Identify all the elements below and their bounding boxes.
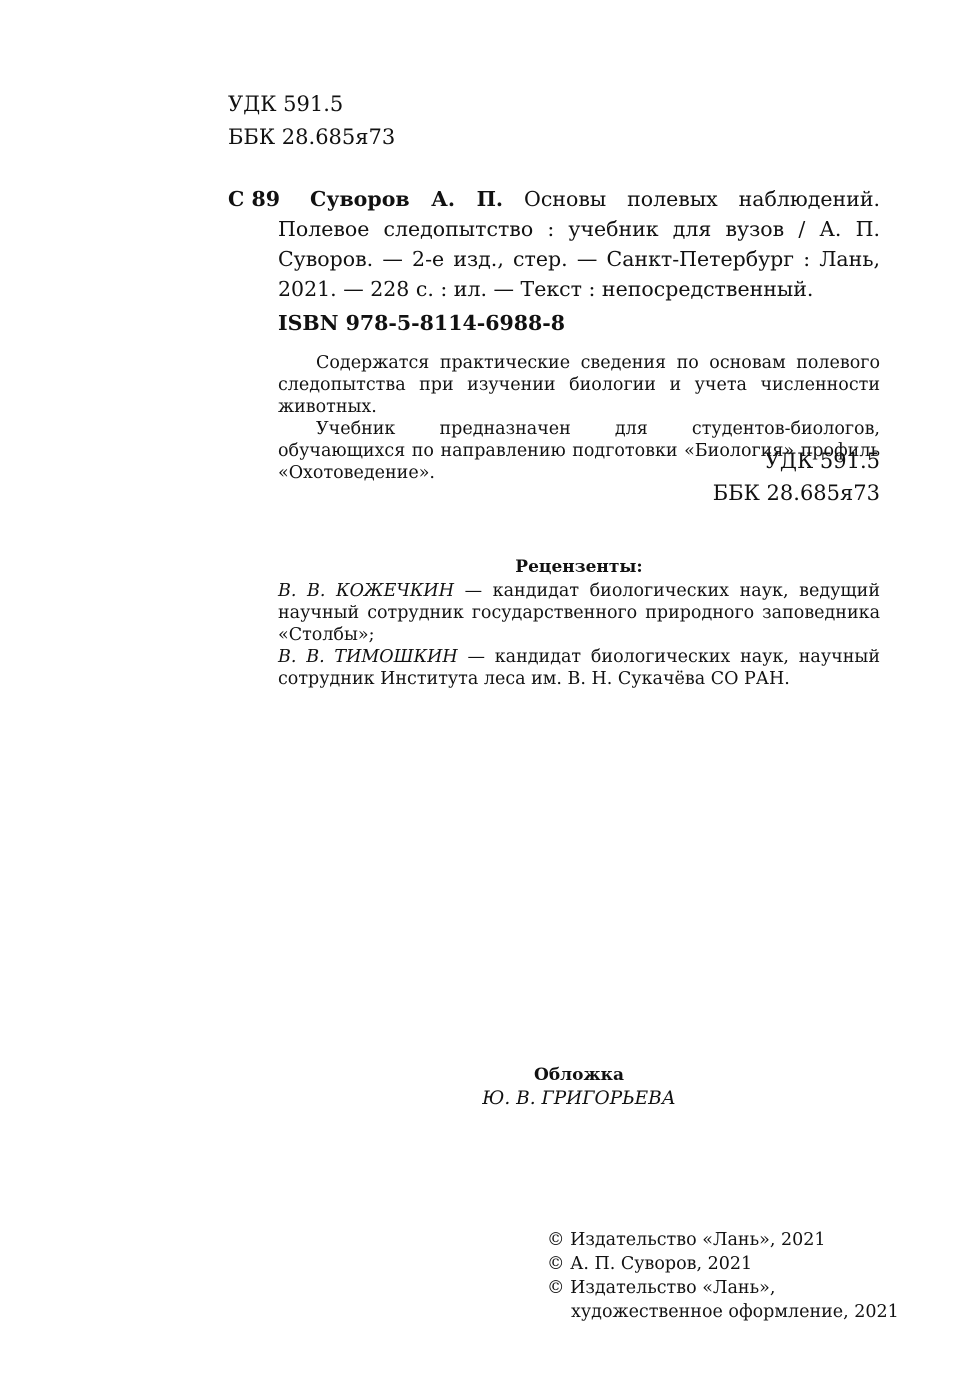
reviewers-section: Рецензенты: В. В. КОЖЕЧКИН — кандидат би… xyxy=(278,556,880,690)
catalog-index-code: С 89 xyxy=(228,184,280,214)
bbk-code-top: ББК 28.685я73 xyxy=(228,121,395,154)
udk-code-right: УДК 591.5 xyxy=(278,445,880,477)
author-name-bold: Суворов А. П. xyxy=(310,187,503,211)
copyright-line-publisher-design: © Издательство «Лань», xyxy=(547,1276,899,1300)
isbn-number: ISBN 978-5-8114-6988-8 xyxy=(278,311,565,335)
cover-credit-label: Обложка xyxy=(278,1064,880,1087)
cover-credit-section: Обложка Ю. В. ГРИГОРЬЕВА xyxy=(278,1064,880,1110)
udk-code-top: УДК 591.5 xyxy=(228,88,395,121)
imprint-page: УДК 591.5 ББК 28.685я73 С 89 Суворов А. … xyxy=(0,0,975,1388)
annotation-paragraph-1: Содержатся практические сведения по осно… xyxy=(278,352,880,418)
reviewer-1: В. В. КОЖЕЧКИН — кандидат биологических … xyxy=(278,580,880,646)
bbk-code-right: ББК 28.685я73 xyxy=(278,477,880,509)
cover-designer-name: Ю. В. ГРИГОРЬЕВА xyxy=(278,1087,880,1110)
copyright-line-design-continuation: художественное оформление, 2021 xyxy=(547,1300,899,1324)
copyright-block: © Издательство «Лань», 2021 © А. П. Суво… xyxy=(547,1228,899,1324)
catalog-entry: С 89 Суворов А. П. Основы полевых наблюд… xyxy=(228,184,880,304)
right-classification-codes: УДК 591.5 ББК 28.685я73 xyxy=(278,445,880,509)
copyright-line-publisher: © Издательство «Лань», 2021 xyxy=(547,1228,899,1252)
reviewer-2: В. В. ТИМОШКИН — кандидат биологических … xyxy=(278,646,880,690)
top-classification-codes: УДК 591.5 ББК 28.685я73 xyxy=(228,88,395,154)
copyright-line-author: © А. П. Суворов, 2021 xyxy=(547,1252,899,1276)
reviewer-2-name: В. В. ТИМОШКИН xyxy=(278,647,458,667)
reviewers-heading: Рецензенты: xyxy=(278,556,880,578)
bibliographic-description: Суворов А. П. Основы полевых наблюдений.… xyxy=(278,184,880,304)
reviewer-1-name: В. В. КОЖЕЧКИН xyxy=(278,581,454,601)
